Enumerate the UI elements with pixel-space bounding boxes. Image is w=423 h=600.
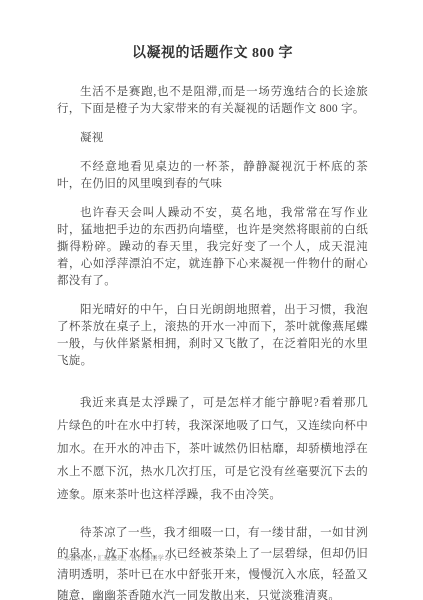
essay-title: 以凝视的话题作文 800 字 bbox=[57, 44, 368, 64]
paragraph-intro: 生活不是赛跑,也不是阻滞,而是一场劳逸结合的长途旅行，下面是橙子为大家带来的有关… bbox=[57, 84, 368, 118]
essay-title-text: 以凝视的话题作文 800 字 bbox=[132, 46, 293, 61]
paragraph-impatient-leaves: 我近来真是太浮躁了，可是怎样才能宁静呢?看着那几片绿色的叶在水中打转，我深深地吸… bbox=[57, 392, 368, 507]
footer-page-number: 1 bbox=[174, 555, 177, 562]
paragraph-restless-spring: 也许春天会叫人躁动不安，莫名地，我常常在写作业时，猛地把手边的东西扔向墙壁，也许… bbox=[57, 205, 368, 290]
paragraph-subheading: 凝视 bbox=[57, 130, 368, 147]
page-footer: —本源网络，汇聚整理，仅供参照学习1 bbox=[57, 553, 177, 562]
paragraph-noon-sunshine: 阳光晴好的中午，白日光朗朗地照着，出于习惯，我泡了杯茶放在桌子上，滚热的开水一冲… bbox=[57, 302, 368, 370]
document-page: 以凝视的话题作文 800 字 生活不是赛跑,也不是阻滞,而是一场劳逸结合的长途旅… bbox=[0, 0, 423, 600]
footer-source-note: —本源网络，汇聚整理，仅供参照学习 bbox=[57, 555, 171, 562]
paragraph-tea-glance: 不经意地看见桌边的一杯茶，静静凝视沉于杯底的茶叶，在仍旧的风里嗅到春的气味 bbox=[57, 159, 368, 193]
